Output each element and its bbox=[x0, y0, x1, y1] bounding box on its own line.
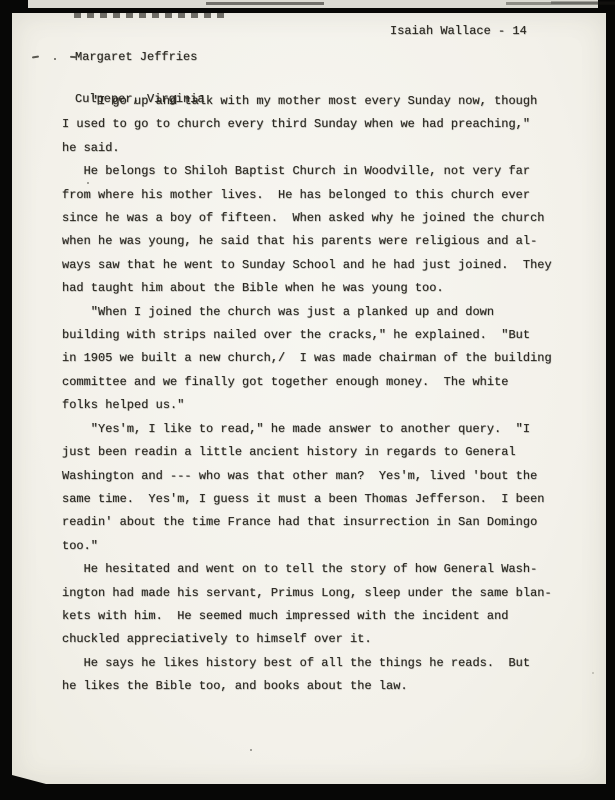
paragraph-1: "I go up and talk with my mother most ev… bbox=[62, 90, 592, 160]
page-corner-artifact bbox=[12, 775, 46, 784]
document-page: Margaret Jeffries Culpeper, Virginia Isa… bbox=[12, 13, 606, 784]
scan-speck bbox=[87, 182, 89, 184]
pen-mark bbox=[32, 56, 39, 59]
pen-mark bbox=[54, 58, 56, 60]
scanner-edge-artifact bbox=[28, 0, 598, 8]
paragraph-4: "Yes'm, I like to read," he made answer … bbox=[62, 418, 592, 558]
paragraph-2: He belongs to Shiloh Baptist Church in W… bbox=[62, 160, 592, 300]
paragraph-3: "When I joined the church was just a pla… bbox=[62, 301, 592, 418]
header-subject-page: Isaiah Wallace - 14 bbox=[390, 24, 527, 38]
scan-speck bbox=[250, 749, 252, 751]
interviewer-name: Margaret Jeffries bbox=[75, 50, 205, 64]
pen-mark bbox=[70, 56, 76, 59]
scan-speck bbox=[592, 672, 594, 674]
cutoff-text-artifact bbox=[74, 13, 228, 18]
scanned-page-background: Margaret Jeffries Culpeper, Virginia Isa… bbox=[0, 0, 615, 800]
paragraph-6: He says he likes history best of all the… bbox=[62, 652, 592, 699]
paragraph-5: He hesitated and went on to tell the sto… bbox=[62, 558, 592, 652]
document-body: "I go up and talk with my mother most ev… bbox=[62, 90, 592, 699]
